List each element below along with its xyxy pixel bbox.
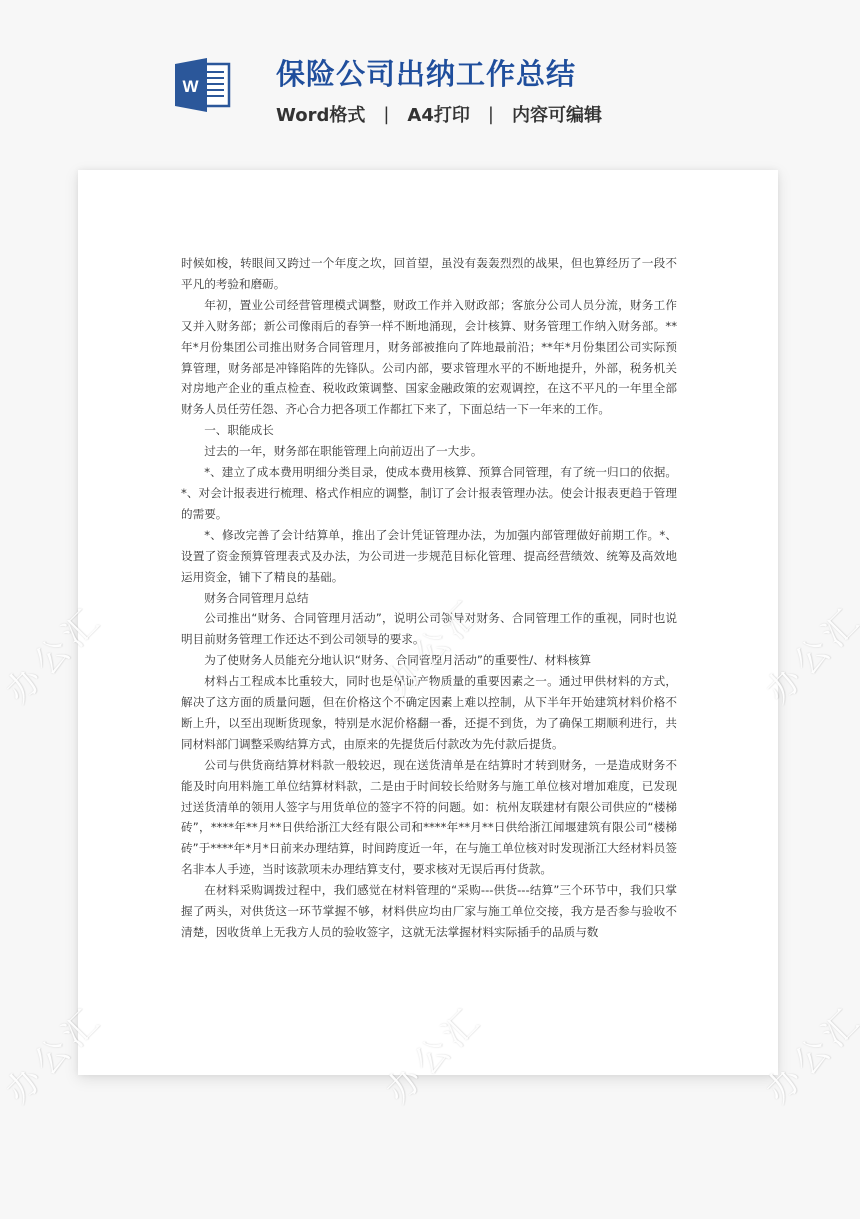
- separator: |: [383, 104, 389, 125]
- paragraph: *、修改完善了会计结算单，推出了会计凭证管理办法，为加强内部管理做好前期工作。*…: [181, 525, 677, 588]
- paragraph: 过去的一年，财务部在职能管理上向前迈出了一大步。: [181, 441, 677, 462]
- paragraph: 材料占工程成本比重较大，同时也是保证产物质量的重要因素之一。通过甲供材料的方式，…: [181, 671, 677, 755]
- print-label: A4打印: [407, 101, 469, 127]
- separator: |: [488, 104, 494, 125]
- document-features: Word格式 | A4打印 | 内容可编辑: [276, 101, 602, 127]
- editable-label: 内容可编辑: [512, 101, 602, 127]
- header: W 保险公司出纳工作总结 Word格式 | A4打印 | 内容可编辑: [0, 0, 860, 160]
- paragraph: 公司与供货商结算材料款一般较迟，现在送货清单是在结算时才转到财务，一是造成财务不…: [181, 755, 677, 880]
- word-document-icon: W: [175, 58, 231, 112]
- paragraph: 时候如梭，转眼间又跨过一个年度之坎，回首望，虽没有轰轰烈烈的战果，但也算经历了一…: [181, 253, 677, 295]
- svg-text:W: W: [182, 77, 199, 96]
- document-body: 时候如梭，转眼间又跨过一个年度之坎，回首望，虽没有轰轰烈烈的战果，但也算经历了一…: [181, 253, 677, 943]
- section-heading: 一、职能成长: [181, 420, 677, 441]
- paragraph: *、建立了成本费用明细分类目录，使成本费用核算、预算合同管理，有了统一归口的依据…: [181, 462, 677, 525]
- paragraph: 为了使财务人员能充分地认识“财务、合同管理月活动”的重要性/、材料核算: [181, 650, 677, 671]
- paragraph: 年初，置业公司经营管理模式调整，财政工作并入财政部；客旅分公司人员分流，财务工作…: [181, 295, 677, 420]
- document-page: 时候如梭，转眼间又跨过一个年度之坎，回首望，虽没有轰轰烈烈的战果，但也算经历了一…: [78, 170, 778, 1075]
- section-heading: 财务合同管理月总结: [181, 588, 677, 609]
- paragraph: 公司推出“财务、合同管理月活动”，说明公司领导对财务、合同管理工作的重视，同时也…: [181, 608, 677, 650]
- paragraph: 在材料采购调拨过程中，我们感觉在材料管理的“采购---供货---结算”三个环节中…: [181, 880, 677, 943]
- format-label: Word格式: [276, 101, 365, 127]
- document-title: 保险公司出纳工作总结: [276, 52, 576, 93]
